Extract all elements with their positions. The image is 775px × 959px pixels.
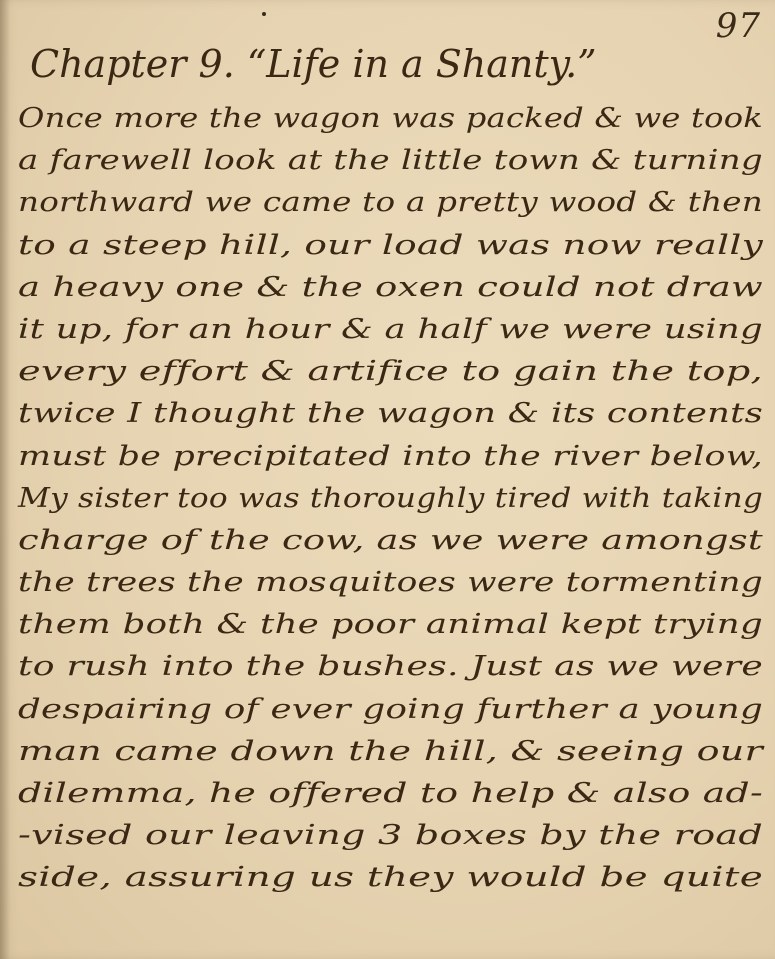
text-line: side, assuring us they would be quite	[18, 857, 768, 899]
text-line: to a steep hill, our load was now really	[18, 225, 768, 267]
text-line: northward we came to a pretty wood & the…	[18, 182, 768, 224]
page-number: 97	[716, 6, 761, 46]
text-line: a farewell look at the little town & tur…	[18, 140, 768, 182]
text-line: a heavy one & the oxen could not draw	[18, 267, 768, 309]
text-line: twice I thought the wagon & its contents	[18, 393, 768, 435]
text-line: man came down the hill, & seeing our	[18, 731, 768, 773]
manuscript-page: 97 Chapter 9. “Life in a Shanty.” Once m…	[0, 0, 775, 959]
text-line: it up, for an hour & a half we were usin…	[18, 309, 768, 351]
text-line: Once more the wagon was packed & we took	[18, 98, 768, 140]
text-line: must be precipitated into the river belo…	[18, 436, 768, 478]
text-line: every effort & artifice to gain the top,	[18, 351, 768, 393]
text-line: charge of the cow, as we were amongst	[18, 520, 768, 562]
chapter-title: Chapter 9. “Life in a Shanty.”	[30, 42, 597, 86]
ink-spot	[262, 12, 266, 16]
text-line: -vised our leaving 3 boxes by the road	[18, 815, 768, 857]
text-line: despairing of ever going further a young	[18, 689, 768, 731]
text-line: dilemma, he offered to help & also ad-	[18, 773, 768, 815]
text-line: the trees the mosquitoes were tormenting	[18, 562, 768, 604]
text-line: them both & the poor animal kept trying	[18, 604, 768, 646]
handwritten-body: Once more the wagon was packed & we took…	[18, 98, 768, 900]
text-line: My sister too was thoroughly tired with …	[18, 478, 768, 520]
text-line: to rush into the bushes. Just as we were	[18, 646, 768, 688]
